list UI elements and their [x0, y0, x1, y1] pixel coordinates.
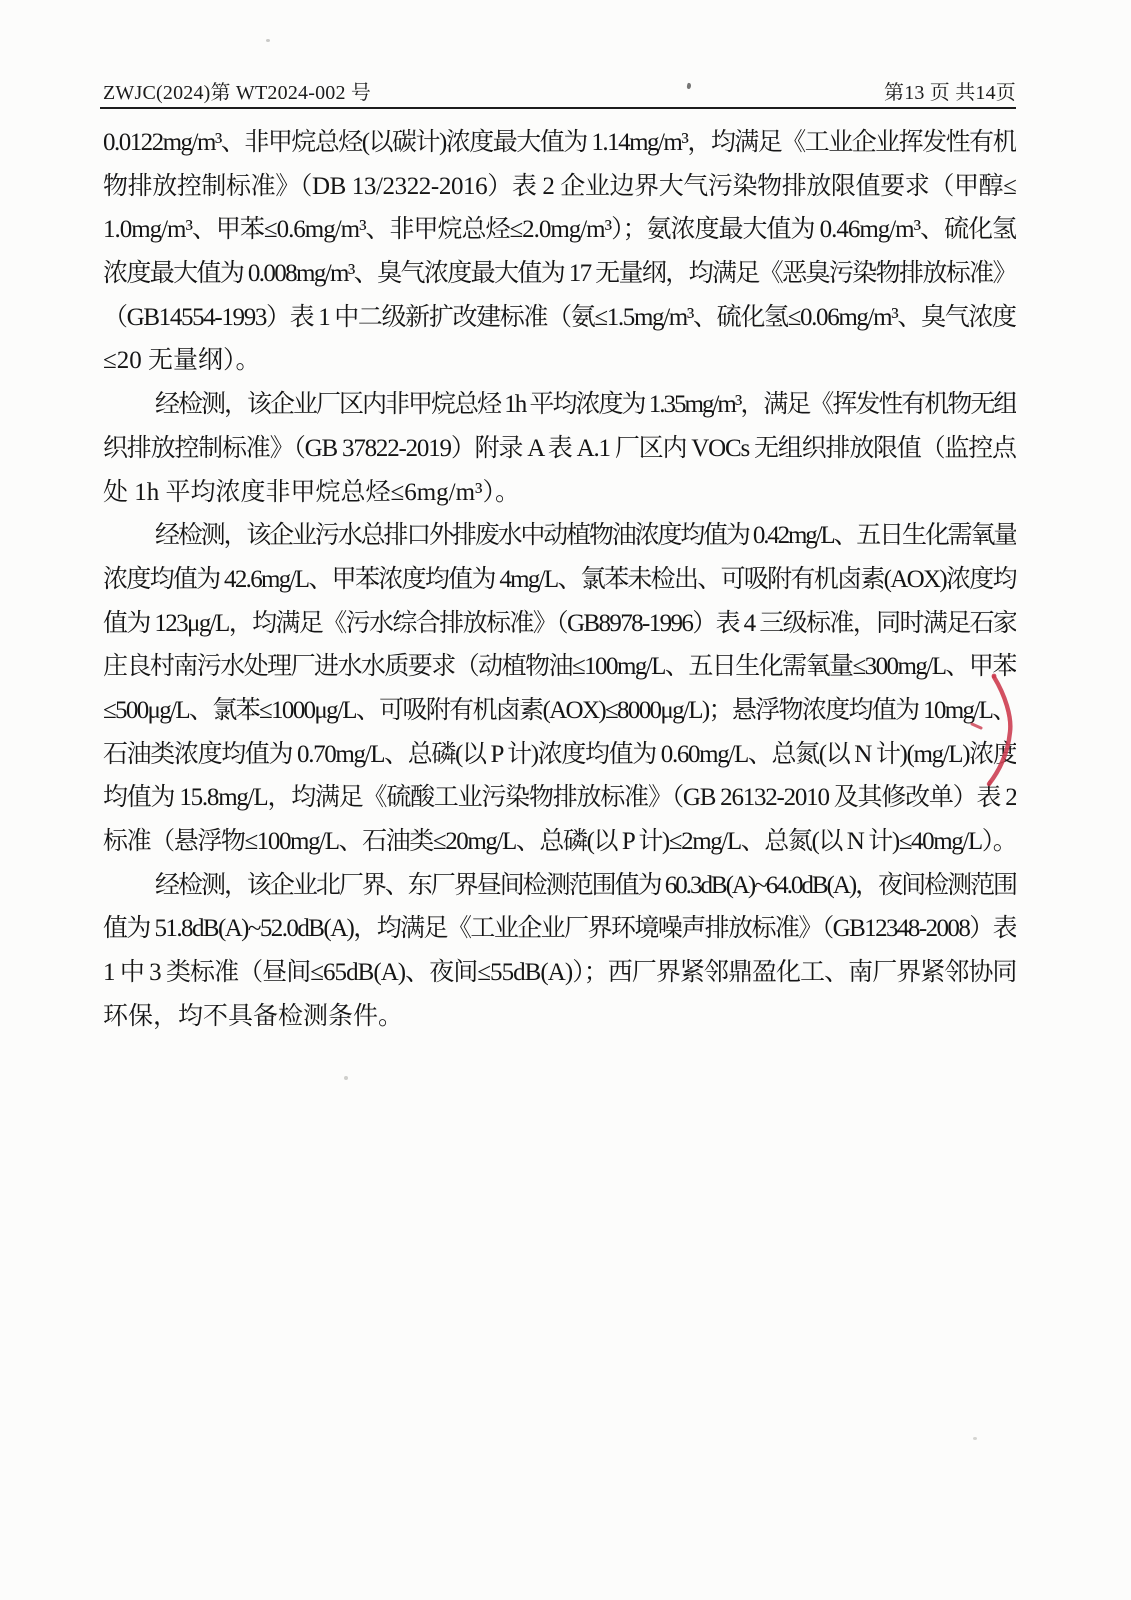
header-rule	[100, 107, 1016, 109]
body-line: 经检测，该企业北厂界、东厂界昼间检测范围值为 60.3dB(A)~64.0dB(…	[103, 864, 1016, 908]
scan-speck	[266, 39, 270, 42]
body-line: 均值为 15.8mg/L，均满足《硫酸工业污染物排放标准》（GB 26132-2…	[103, 776, 1016, 820]
page-header: ZWJC(2024)第 WT2024-002 号 第13 页 共14页	[103, 80, 1016, 106]
body-line: 环保，均不具备检测条件。	[103, 995, 1016, 1039]
body-line: ≤20 无量纲）。	[103, 339, 1016, 383]
body-line: 浓度均值为 42.6mg/L、甲苯浓度均值为 4mg/L、氯苯未检出、可吸附有机…	[103, 558, 1016, 602]
body-line: 物排放控制标准》（DB 13/2322-2016）表 2 企业边界大气污染物排放…	[103, 165, 1016, 209]
body-line: 织排放控制标准》（GB 37822-2019）附录 A 表 A.1 厂区内 VO…	[103, 427, 1016, 471]
scan-speck	[973, 1437, 977, 1440]
body-line: 处 1h 平均浓度非甲烷总烃≤6mg/m³）。	[103, 471, 1016, 515]
body-line: 值为 123μg/L，均满足《污水综合排放标准》（GB8978-1996）表 4…	[103, 602, 1016, 646]
body-line: 值为 51.8dB(A)~52.0dB(A)，均满足《工业企业厂界环境噪声排放标…	[103, 907, 1016, 951]
report-body: 0.0122mg/m³、非甲烷总烃(以碳计)浓度最大值为 1.14mg/m³，均…	[103, 121, 1016, 1038]
body-line: 0.0122mg/m³、非甲烷总烃(以碳计)浓度最大值为 1.14mg/m³，均…	[103, 121, 1016, 165]
body-line: ≤500μg/L、氯苯≤1000μg/L、可吸附有机卤素(AOX)≤8000μg…	[103, 689, 1016, 733]
body-line: 标准（悬浮物≤100mg/L、石油类≤20mg/L、总磷(以 P 计)≤2mg/…	[103, 820, 1016, 864]
document-page: ZWJC(2024)第 WT2024-002 号 第13 页 共14页 0.01…	[0, 0, 1131, 1600]
body-line: 1.0mg/m³、甲苯≤0.6mg/m³、非甲烷总烃≤2.0mg/m³）；氨浓度…	[103, 208, 1016, 252]
doc-number: ZWJC(2024)第 WT2024-002 号	[103, 80, 371, 106]
body-line: （GB14554-1993）表 1 中二级新扩改建标准（氨≤1.5mg/m³、硫…	[103, 296, 1016, 340]
page-indicator: 第13 页 共14页	[884, 80, 1016, 106]
paragraph-indent	[103, 542, 155, 543]
body-line: 庄良村南污水处理厂进水水质要求（动植物油≤100mg/L、五日生化需氧量≤300…	[103, 645, 1016, 689]
paragraph-indent	[103, 411, 155, 412]
body-line: 石油类浓度均值为 0.70mg/L、总磷(以 P 计)浓度均值为 0.60mg/…	[103, 733, 1016, 777]
body-line: 经检测，该企业厂区内非甲烷总烃 1h 平均浓度为 1.35mg/m³，满足《挥发…	[103, 383, 1016, 427]
body-line: 1 中 3 类标准（昼间≤65dB(A)、夜间≤55dB(A)）；西厂界紧邻鼎盈…	[103, 951, 1016, 995]
body-line: 浓度最大值为 0.008mg/m³、臭气浓度最大值为 17 无量纲，均满足《恶臭…	[103, 252, 1016, 296]
paragraph-indent	[103, 892, 155, 893]
scan-speck	[344, 1076, 348, 1080]
body-line: 经检测，该企业污水总排口外排废水中动植物油浓度均值为 0.42mg/L、五日生化…	[103, 514, 1016, 558]
